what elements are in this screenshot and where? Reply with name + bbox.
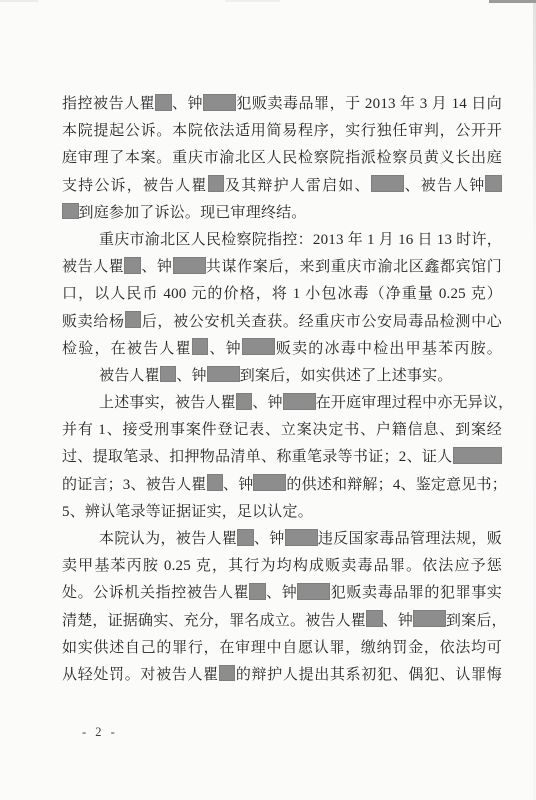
text-line: 本院认为，被告人瞿、钟违反国家毒品管理法规，贩	[62, 526, 502, 553]
text-line: 被告人瞿、钟到案后，如实供述了上述事实。	[62, 363, 502, 390]
text-run: 贩卖的冰毒中检出甲基苯丙胺。	[275, 341, 502, 357]
text-line: 卖甲基苯丙胺 0.25 克，其行为均构成贩卖毒品罪。依法应予惩	[62, 553, 502, 580]
text-line: 并有 1、接受刑事案件登记表、立案决定书、户籍信息、到案经	[62, 417, 502, 444]
text-run: 、钟	[208, 341, 241, 357]
text-run: 、钟	[252, 395, 282, 411]
text-run: 后，被公安机关查获。经重庆市公安局毒品检测中心	[141, 314, 502, 330]
text-run: 、钟	[172, 96, 203, 112]
scanned-document-page: 指控被告人瞿、钟犯贩卖毒品罪，于 2013 年 3 月 14 日向本院提起公诉。…	[0, 0, 536, 800]
redaction-box	[283, 393, 316, 410]
text-line: 过、提取笔录、扣押物品清单、称重笔录等书证；2、证人	[62, 444, 502, 471]
text-run: 、钟	[383, 613, 413, 629]
text-run: 在开庭审理过程中亦无异议，	[316, 395, 514, 411]
redaction-box	[124, 257, 141, 274]
text-run: 清楚，证据确实、充分，罪名成立。被告人瞿	[62, 613, 366, 629]
scan-artifact	[0, 0, 38, 2]
text-line: 庭审理了本案。重庆市渝北区人民检察院指派检察员黄义长出庭	[62, 145, 502, 172]
text-run: 5、辨认笔录等证据证实，足以认定。	[62, 504, 313, 520]
text-run: 口，以人民币 400 元的价格，将 1 小包冰毒（净重量 0.25 克）	[62, 286, 502, 302]
text-run: 到庭参加了诉讼。现已审理终结。	[79, 205, 307, 221]
text-run: 的证言；3、被告人瞿	[62, 477, 207, 493]
text-run: 卖甲基苯丙胺 0.25 克，其行为均构成贩卖毒品罪。依法应予惩	[62, 558, 502, 574]
redaction-box	[173, 257, 206, 274]
text-run: 到案后，	[446, 613, 507, 629]
redaction-box	[285, 529, 318, 546]
redaction-box	[413, 610, 446, 627]
redaction-box	[485, 175, 502, 192]
text-run: 、被告人钟	[404, 178, 486, 194]
text-run: 共谋作案后，来到重庆市渝北区鑫都宾馆门	[206, 259, 502, 275]
redaction-box	[242, 338, 275, 355]
text-line: 从轻处罚。对被告人瞿的辩护人提出其系初犯、偶犯、认罪悔	[62, 662, 502, 689]
text-run: 被告人瞿	[62, 259, 124, 275]
text-run: 本院提起公诉。本院依法适用简易程序，实行独任审判，公开开	[62, 123, 502, 139]
text-run: 处。公诉机关指控被告人瞿	[62, 585, 249, 601]
redaction-box	[237, 529, 254, 546]
text-run: 违反国家毒品管理法规，贩	[318, 531, 502, 547]
redaction-box	[297, 583, 330, 600]
text-line: 清楚，证据确实、充分，罪名成立。被告人瞿、钟到案后，	[62, 608, 502, 635]
text-run: 、钟	[141, 259, 173, 275]
text-run: 到案后，如实供述了上述事实。	[240, 368, 453, 384]
redaction-box	[371, 175, 404, 192]
redaction-box	[125, 311, 142, 328]
text-line: 的证言；3、被告人瞿、钟的供述和辩解；4、鉴定意见书；	[62, 472, 502, 499]
text-line: 5、辨认笔录等证据证实，足以认定。	[62, 499, 502, 526]
text-run: 本院认为，被告人瞿	[99, 531, 237, 547]
text-line: 检验，在被告人瞿、钟贩卖的冰毒中检出甲基苯丙胺。	[62, 336, 502, 363]
page-number: - 2 -	[82, 725, 118, 740]
text-run: 犯贩卖毒品罪，于 2013 年 3 月 14 日向	[236, 96, 502, 112]
redaction-box	[207, 474, 224, 491]
text-run: 的辩护人提出其系初犯、偶犯、认罪悔	[235, 667, 502, 683]
text-run: 检验，在被告人瞿	[62, 341, 192, 357]
text-line: 处。公诉机关指控被告人瞿、钟犯贩卖毒品罪的犯罪事实	[62, 580, 502, 607]
text-line: 指控被告人瞿、钟犯贩卖毒品罪，于 2013 年 3 月 14 日向	[62, 91, 502, 118]
text-line: 上述事实，被告人瞿、钟在开庭审理过程中亦无异议，	[62, 390, 502, 417]
redaction-box	[208, 175, 225, 192]
text-run: 重庆市渝北区人民检察院指控：2013 年 1 月 16 日 13 时许，	[99, 232, 502, 248]
text-run: 、钟	[223, 477, 253, 493]
text-line: 本院提起公诉。本院依法适用简易程序，实行独任审判，公开开	[62, 118, 502, 145]
redaction-box	[453, 447, 503, 464]
text-line: 口，以人民币 400 元的价格，将 1 小包冰毒（净重量 0.25 克）	[62, 281, 502, 308]
redaction-box	[366, 610, 383, 627]
redaction-box	[203, 94, 236, 111]
text-run: 如实供述自己的罪行，在审理中自愿认罪，缴纳罚金，依法均可	[62, 640, 502, 656]
text-line: 如实供述自己的罪行，在审理中自愿认罪，缴纳罚金，依法均可	[62, 635, 502, 662]
text-run: 并有 1、接受刑事案件登记表、立案决定书、户籍信息、到案经	[62, 422, 502, 438]
text-run: 的供述和辩解；4、鉴定意见书；	[286, 477, 507, 493]
text-line: 支持公诉，被告人瞿及其辩护人雷启如、、被告人钟	[62, 173, 502, 200]
text-run: 贩卖给杨	[62, 314, 125, 330]
redaction-box	[236, 393, 253, 410]
text-run: 过、提取笔录、扣押物品清单、称重笔录等书证；2、证人	[62, 449, 453, 465]
text-run: 上述事实，被告人瞿	[99, 395, 236, 411]
redaction-box	[253, 474, 286, 491]
text-run: 及其辩护人雷启如、	[224, 178, 371, 194]
text-line: 到庭参加了诉讼。现已审理终结。	[62, 200, 502, 227]
document-body: 指控被告人瞿、钟犯贩卖毒品罪，于 2013 年 3 月 14 日向本院提起公诉。…	[62, 91, 502, 689]
text-run: 、钟	[266, 585, 298, 601]
redaction-box	[192, 338, 209, 355]
text-line: 重庆市渝北区人民检察院指控：2013 年 1 月 16 日 13 时许，	[62, 227, 502, 254]
text-run: 从轻处罚。对被告人瞿	[62, 667, 219, 683]
scan-artifact	[225, 0, 280, 2]
redaction-box	[219, 665, 236, 682]
redaction-box	[207, 366, 240, 383]
redaction-box	[249, 583, 266, 600]
text-run: 被告人瞿	[99, 368, 160, 384]
redaction-box	[155, 94, 172, 111]
text-run: 犯贩卖毒品罪的犯罪事实	[330, 585, 502, 601]
text-run: 指控被告人瞿	[62, 96, 155, 112]
text-run: 、钟	[176, 368, 206, 384]
text-run: 、钟	[254, 531, 285, 547]
redaction-box	[160, 366, 177, 383]
text-run: 庭审理了本案。重庆市渝北区人民检察院指派检察员黄义长出庭	[62, 150, 502, 166]
text-line: 贩卖给杨后，被公安机关查获。经重庆市公安局毒品检测中心	[62, 309, 502, 336]
scan-artifact	[489, 0, 536, 3]
text-line: 被告人瞿、钟共谋作案后，来到重庆市渝北区鑫都宾馆门	[62, 254, 502, 281]
text-run: 支持公诉，被告人瞿	[62, 178, 208, 194]
redaction-box	[62, 203, 79, 220]
